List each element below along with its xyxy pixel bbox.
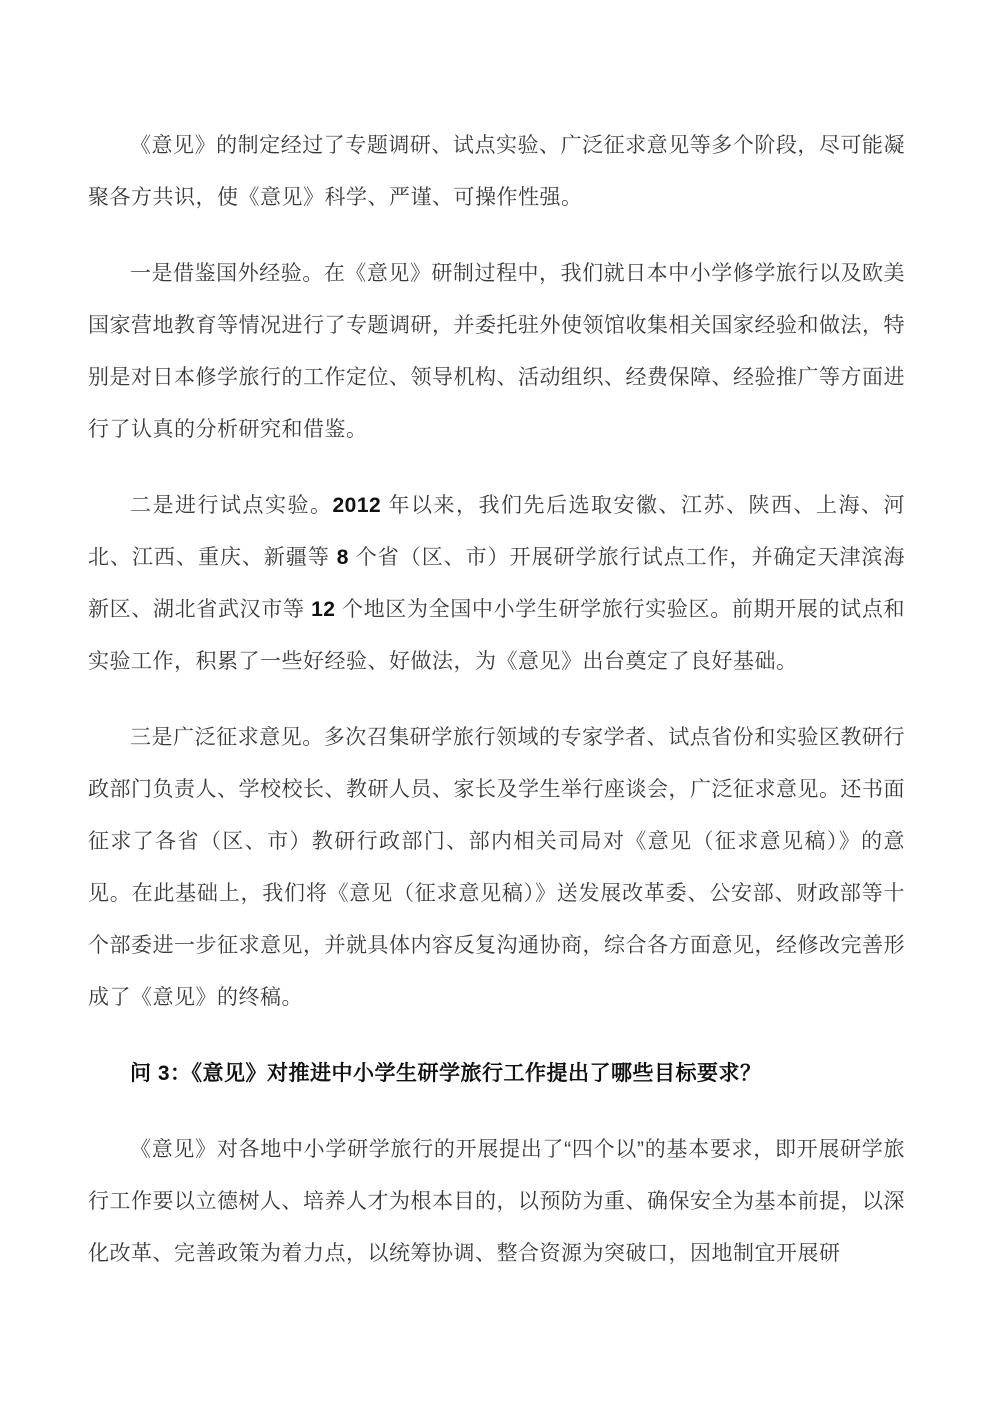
- bold-number-run: 12: [311, 598, 335, 621]
- paragraph-point-1: 一是借鉴国外经验。在《意见》研制过程中，我们就日本中小学修学旅行以及欧美国家营地…: [88, 248, 905, 456]
- bold-number-run: 2012: [332, 494, 381, 517]
- paragraph-point-3: 三是广泛征求意见。多次召集研学旅行领域的专家学者、试点省份和实验区教研行政部门负…: [88, 712, 905, 1024]
- paragraph-answer: 《意见》对各地中小学研学旅行的开展提出了“四个以”的基本要求，即开展研学旅行工作…: [88, 1124, 905, 1280]
- section-heading-q3: 问 3：《意见》对推进中小学生研学旅行工作提出了哪些目标要求？: [88, 1048, 905, 1100]
- document-page: 《意见》的制定经过了专题调研、试点实验、广泛征求意见等多个阶段，尽可能凝聚各方共…: [0, 0, 992, 1403]
- text-run: 二是进行试点实验。: [130, 494, 332, 517]
- paragraph-point-2: 二是进行试点实验。2012 年以来，我们先后选取安徽、江苏、陕西、上海、河北、江…: [88, 480, 905, 688]
- bold-number-run: 8: [337, 546, 349, 569]
- paragraph-intro: 《意见》的制定经过了专题调研、试点实验、广泛征求意见等多个阶段，尽可能凝聚各方共…: [88, 120, 905, 224]
